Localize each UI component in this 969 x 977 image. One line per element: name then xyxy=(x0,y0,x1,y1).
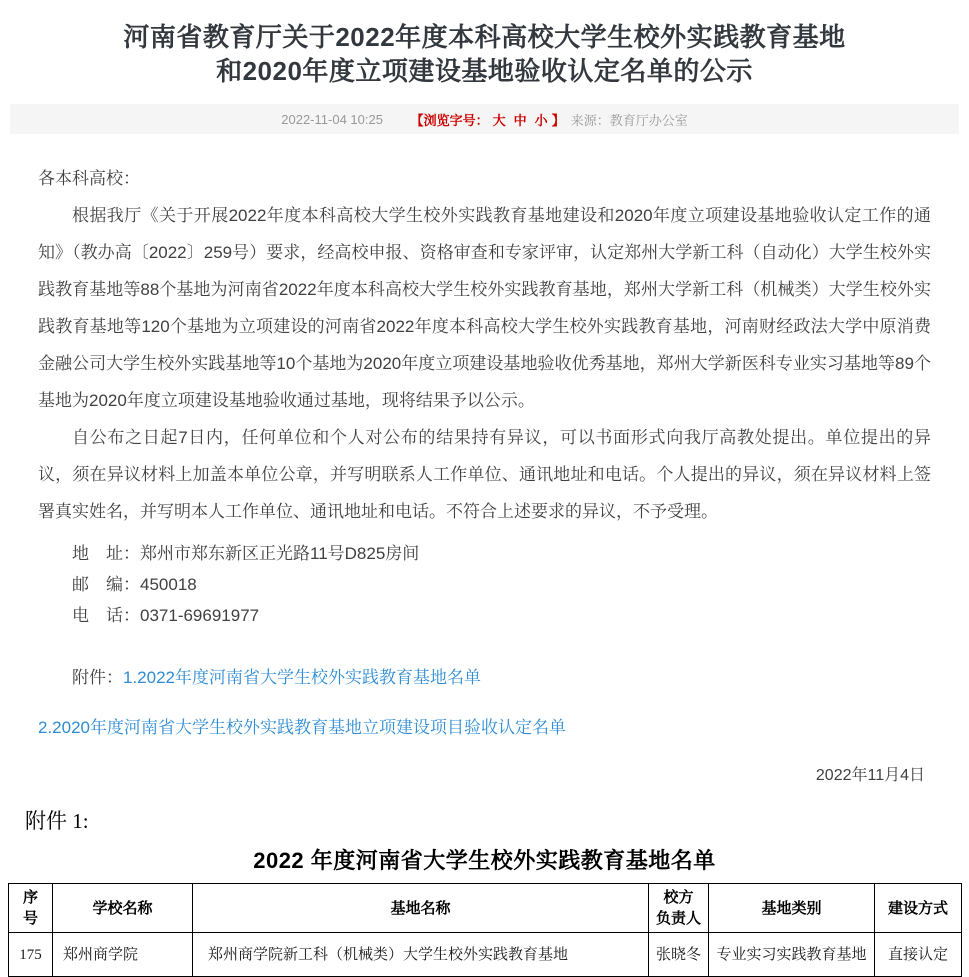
font-size-label: 【浏览字号： xyxy=(411,113,489,128)
attachment-line-1: 附件：1.2022年度河南省大学生校外实践教育基地名单 xyxy=(72,661,931,694)
cell-base-name: 郑州商学院新工科（机械类）大学生校外实践教育基地 xyxy=(193,933,649,977)
paragraph-2: 自公布之日起7日内，任何单位和个人对公布的结果持有异议，可以书面形式向我厅高教处… xyxy=(38,419,931,530)
article-source: 来源：教育厅办公室 xyxy=(571,110,688,129)
font-size-widget: 【浏览字号：大中小】 xyxy=(389,95,565,144)
header-base-category: 基地类别 xyxy=(709,884,875,933)
header-school-leader: 校方负责人 xyxy=(649,884,709,933)
salutation: 各本科高校： xyxy=(38,160,931,197)
header-build-method: 建设方式 xyxy=(875,884,962,933)
table-header-row: 序号 学校名称 基地名称 校方负责人 基地类别 建设方式 xyxy=(9,884,962,933)
attachment-line-2: 2.2020年度河南省大学生校外实践教育基地立项建设项目验收认定名单 xyxy=(38,711,931,744)
cell-serial-number: 175 xyxy=(9,933,53,977)
header-base-name: 基地名称 xyxy=(193,884,649,933)
appendix-table-title: 2022 年度河南省大学生校外实践教育基地名单 xyxy=(0,847,969,875)
font-size-small-button[interactable]: 小 xyxy=(535,113,548,128)
base-list-table: 序号 学校名称 基地名称 校方负责人 基地类别 建设方式 175 郑州商学院 郑… xyxy=(8,883,962,977)
contact-block: 地 址：郑州市郑东新区正光路11号D825房间 邮 编：450018 电 话：0… xyxy=(38,538,931,631)
cell-base-category: 专业实习实践教育基地 xyxy=(709,933,875,977)
publish-datetime: 2022-11-04 10:25 xyxy=(281,112,383,127)
header-serial-number: 序号 xyxy=(9,884,53,933)
contact-address: 地 址：郑州市郑东新区正光路11号D825房间 xyxy=(72,538,931,569)
appendix-heading: 附件 1: xyxy=(25,807,969,835)
header-school-name: 学校名称 xyxy=(53,884,193,933)
table-row: 175 郑州商学院 郑州商学院新工科（机械类）大学生校外实践教育基地 张晓冬 专… xyxy=(9,933,962,977)
attachments-block: 附件：1.2022年度河南省大学生校外实践教育基地名单 2.2020年度河南省大… xyxy=(38,661,931,744)
page-title-line-2: 和2020年度立项建设基地验收认定名单的公示 xyxy=(80,54,889,88)
cell-build-method: 直接认定 xyxy=(875,933,962,977)
cell-school-leader: 张晓冬 xyxy=(649,933,709,977)
contact-phone: 电 话：0371-69691977 xyxy=(72,600,931,631)
cell-school-name: 郑州商学院 xyxy=(53,933,193,977)
page-title: 河南省教育厅关于2022年度本科高校大学生校外实践教育基地 和2020年度立项建… xyxy=(80,20,889,88)
article-meta-bar: 2022-11-04 10:25 【浏览字号：大中小】 来源：教育厅办公室 xyxy=(10,104,959,134)
font-size-large-button[interactable]: 大 xyxy=(493,113,506,128)
font-size-bracket-close: 】 xyxy=(552,113,565,128)
attachment-link-2[interactable]: 2.2020年度河南省大学生校外实践教育基地立项建设项目验收认定名单 xyxy=(38,718,566,737)
article-body: 各本科高校： 根据我厅《关于开展2022年度本科高校大学生校外实践教育基地建设和… xyxy=(0,160,969,791)
paragraph-1: 根据我厅《关于开展2022年度本科高校大学生校外实践教育基地建设和2020年度立… xyxy=(38,197,931,419)
attachments-label: 附件： xyxy=(72,668,123,687)
announcement-page: 河南省教育厅关于2022年度本科高校大学生校外实践教育基地 和2020年度立项建… xyxy=(0,20,969,977)
attachment-link-1[interactable]: 1.2022年度河南省大学生校外实践教育基地名单 xyxy=(123,668,481,687)
font-size-medium-button[interactable]: 中 xyxy=(514,113,527,128)
sign-date: 2022年11月4日 xyxy=(38,761,931,791)
contact-postcode: 邮 编：450018 xyxy=(72,569,931,600)
page-title-line-1: 河南省教育厅关于2022年度本科高校大学生校外实践教育基地 xyxy=(80,20,889,54)
